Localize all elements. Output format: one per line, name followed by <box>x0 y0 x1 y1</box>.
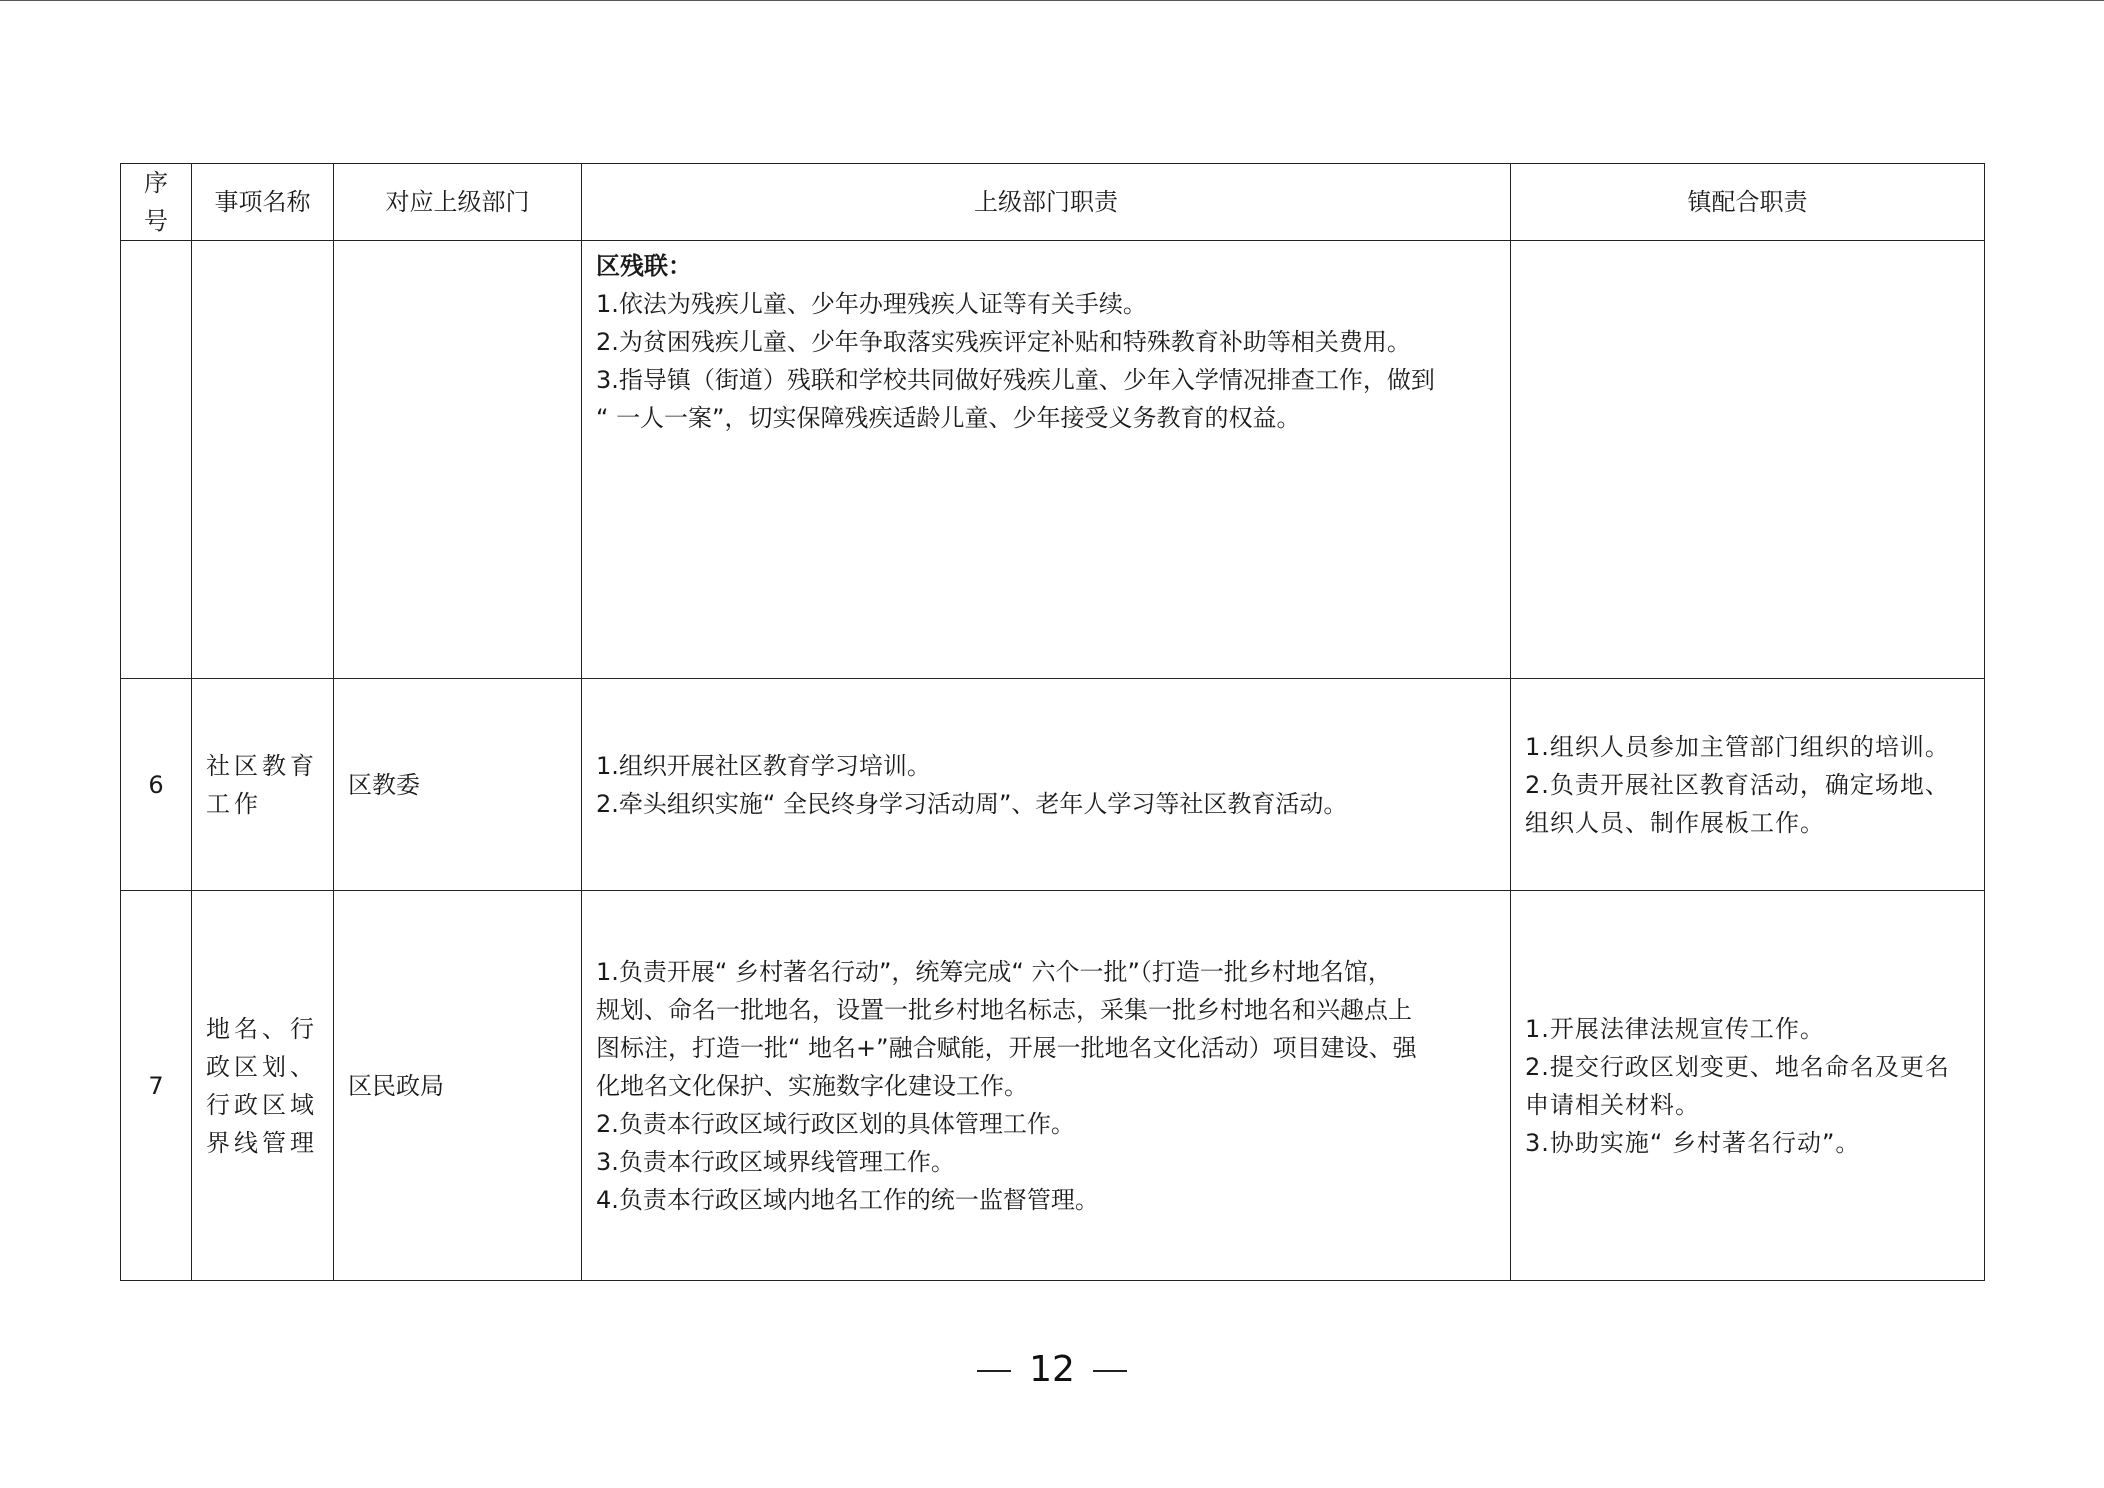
page-number: 12 <box>0 1346 2104 1394</box>
row-upper-dept: 区教委 <box>334 679 582 891</box>
coop-line: 1.组织人员参加主管部门组织的培训。 <box>1525 728 1972 766</box>
duty-line: “ 一人一案”，切实保障残疾适龄儿童、少年接受义务教育的权益。 <box>596 399 1496 437</box>
row-seq: 7 <box>121 891 192 1281</box>
header-seq: 序 号 <box>121 164 192 241</box>
coop-line: 2.提交行政区划变更、地名命名及更名 <box>1525 1048 1972 1086</box>
duty-line: 2.牵头组织实施“ 全民终身学习活动周”、老年人学习等社区教育活动。 <box>596 785 1496 823</box>
duty-line: 2.为贫困残疾儿童、少年争取落实残疾评定补贴和特殊教育补助等相关费用。 <box>596 323 1496 361</box>
duty-line: 规划、命名一批地名，设置一批乡村地名标志，采集一批乡村地名和兴趣点上 <box>596 991 1496 1029</box>
table-header-row: 序 号 事项名称 对应上级部门 上级部门职责 镇配合职责 <box>121 164 1985 241</box>
coop-line: 3.协助实施“ 乡村著名行动”。 <box>1525 1124 1972 1162</box>
row-upper-dept <box>334 241 582 679</box>
header-town-coop: 镇配合职责 <box>1511 164 1985 241</box>
coop-line: 组织人员、制作展板工作。 <box>1525 804 1972 842</box>
row-town-coop: 1.组织人员参加主管部门组织的培训。 2.负责开展社区教育活动，确定场地、 组织… <box>1511 679 1985 891</box>
duty-line: 图标注，打造一批“ 地名+”融合赋能，开展一批地名文化活动）项目建设、强 <box>596 1029 1496 1067</box>
duty-line: 1.负责开展“ 乡村著名行动”，统筹完成“ 六个一批”（打造一批乡村地名馆， <box>596 953 1496 991</box>
coop-line: 2.负责开展社区教育活动，确定场地、 <box>1525 766 1972 804</box>
duty-line: 化地名文化保护、实施数字化建设工作。 <box>596 1067 1496 1105</box>
duty-line: 1.组织开展社区教育学习培训。 <box>596 747 1496 785</box>
duty-line: 3.负责本行政区域界线管理工作。 <box>596 1143 1496 1181</box>
header-upper-duty: 上级部门职责 <box>582 164 1511 241</box>
table-row: 7 地名、行 政区划、 行政区域 界线管理 区民政局 1.负责开展“ 乡村著名行… <box>121 891 1985 1281</box>
page-top-border <box>0 0 2104 1</box>
coop-line: 1.开展法律法规宣传工作。 <box>1525 1010 1972 1048</box>
row-town-coop <box>1511 241 1985 679</box>
table-row: 区残联： 1.依法为残疾儿童、少年办理残疾人证等有关手续。 2.为贫困残疾儿童、… <box>121 241 1985 679</box>
duty-heading: 区残联： <box>596 247 1496 285</box>
row-upper-dept: 区民政局 <box>334 891 582 1281</box>
row-upper-duty: 区残联： 1.依法为残疾儿童、少年办理残疾人证等有关手续。 2.为贫困残疾儿童、… <box>582 241 1511 679</box>
row-item-name: 地名、行 政区划、 行政区域 界线管理 <box>192 891 334 1281</box>
row-item-name <box>192 241 334 679</box>
row-upper-duty: 1.负责开展“ 乡村著名行动”，统筹完成“ 六个一批”（打造一批乡村地名馆， 规… <box>582 891 1511 1281</box>
header-upper-dept: 对应上级部门 <box>334 164 582 241</box>
row-upper-duty: 1.组织开展社区教育学习培训。 2.牵头组织实施“ 全民终身学习活动周”、老年人… <box>582 679 1511 891</box>
duty-line: 1.依法为残疾儿童、少年办理残疾人证等有关手续。 <box>596 285 1496 323</box>
dash-left <box>977 1370 1011 1372</box>
row-town-coop: 1.开展法律法规宣传工作。 2.提交行政区划变更、地名命名及更名 申请相关材料。… <box>1511 891 1985 1281</box>
row-seq: 6 <box>121 679 192 891</box>
row-seq <box>121 241 192 679</box>
duty-line: 3.指导镇（街道）残联和学校共同做好残疾儿童、少年入学情况排查工作，做到 <box>596 361 1496 399</box>
duty-line: 4.负责本行政区域内地名工作的统一监督管理。 <box>596 1181 1496 1219</box>
coop-line: 申请相关材料。 <box>1525 1086 1972 1124</box>
dash-right <box>1093 1370 1127 1372</box>
header-item-name: 事项名称 <box>192 164 334 241</box>
row-item-name: 社区教育 工作 <box>192 679 334 891</box>
duty-line: 2.负责本行政区域行政区划的具体管理工作。 <box>596 1105 1496 1143</box>
table-row: 6 社区教育 工作 区教委 1.组织开展社区教育学习培训。 2.牵头组织实施“ … <box>121 679 1985 891</box>
responsibility-table: 序 号 事项名称 对应上级部门 上级部门职责 镇配合职责 区残联： 1.依法为残… <box>120 163 1985 1281</box>
